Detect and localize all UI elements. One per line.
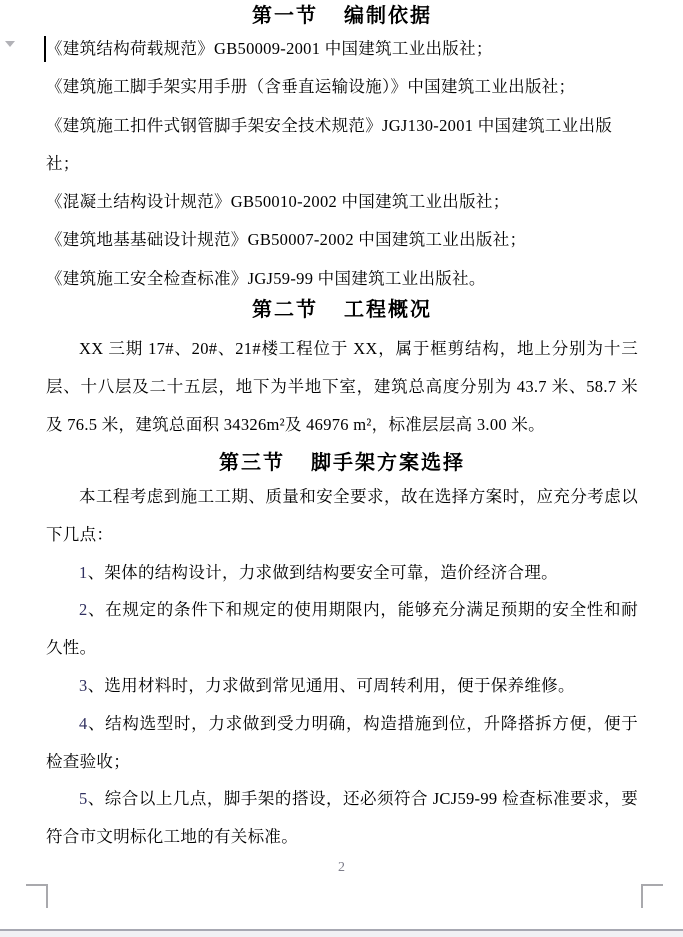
document-page[interactable]: 第一节 编制依据 《建筑结构荷载规范》GB50009-2001 中国建筑工业出版… [0, 0, 683, 937]
reference-item: 《混凝土结构设计规范》GB50010-2002 中国建筑工业出版社； [46, 183, 638, 221]
section-1-title: 编制依据 [344, 2, 432, 30]
section-3-title: 脚手架方案选择 [311, 449, 465, 477]
list-item: 3、选用材料时，力求做到常见通用、可周转利用，便于保养维修。 [46, 667, 638, 705]
section-1-label: 第一节 [252, 2, 318, 30]
page-number: 2 [0, 858, 683, 878]
list-item-number: 5 [79, 789, 88, 808]
section-1-heading: 第一节 编制依据 [46, 2, 638, 30]
list-item-number: 1 [79, 563, 88, 582]
reference-item: 《建筑施工脚手架实用手册（含垂直运输设施）》中国建筑工业出版社； [46, 68, 638, 106]
margin-corner-mark-left [26, 884, 48, 908]
reference-list: 《建筑结构荷载规范》GB50009-2001 中国建筑工业出版社； 《建筑施工脚… [46, 30, 638, 298]
list-item-text: 、在规定的条件下和规定的使用期限内，能够充分满足预期的安全性和耐久性。 [46, 600, 638, 657]
section-3-label: 第三节 [219, 449, 285, 477]
list-item: 2、在规定的条件下和规定的使用期限内，能够充分满足预期的安全性和耐久性。 [46, 591, 638, 667]
reference-item: 《建筑地基基础设计规范》GB50007-2002 中国建筑工业出版社； [46, 221, 638, 259]
margin-corner-mark-right [641, 884, 663, 908]
reference-item: 《建筑结构荷载规范》GB50009-2001 中国建筑工业出版社； [46, 30, 638, 68]
section-2-label: 第二节 [252, 296, 318, 324]
list-item-number: 3 [79, 676, 88, 695]
page-bottom-edge [0, 929, 683, 937]
list-item-text: 、架体的结构设计，力求做到结构要安全可靠，造价经济合理。 [88, 563, 558, 582]
reference-item: 《建筑施工扣件式钢管脚手架安全技术规范》JGJ130-2001 中国建筑工业出版… [46, 107, 638, 184]
section-3-heading: 第三节 脚手架方案选择 [46, 449, 638, 477]
reference-item: 《建筑施工安全检查标准》JGJ59-99 中国建筑工业出版社。 [46, 260, 638, 298]
section-2-heading: 第二节 工程概况 [46, 296, 638, 324]
list-item: 1、架体的结构设计，力求做到结构要安全可靠，造价经济合理。 [46, 554, 638, 592]
scheme-selection-intro: 本工程考虑到施工工期、质量和安全要求，故在选择方案时，应充分考虑以下几点： [46, 478, 638, 554]
scheme-selection-body: 本工程考虑到施工工期、质量和安全要求，故在选择方案时，应充分考虑以下几点： 1、… [46, 478, 638, 856]
list-item: 4、结构选型时，力求做到受力明确，构造措施到位，升降搭拆方便，便于检查验收； [46, 705, 638, 781]
list-item-text: 、综合以上几点，脚手架的搭设，还必须符合 JCJ59-99 检查标准要求，要符合… [46, 789, 638, 846]
list-item-text: 、选用材料时，力求做到常见通用、可周转利用，便于保养维修。 [88, 676, 575, 695]
list-item: 5、综合以上几点，脚手架的搭设，还必须符合 JCJ59-99 检查标准要求，要符… [46, 780, 638, 856]
project-overview-paragraph: XX 三期 17#、20#、21#楼工程位于 XX，属于框剪结构，地上分别为十三… [46, 330, 638, 443]
list-item-number: 2 [79, 600, 88, 619]
margin-marker-icon [5, 41, 15, 47]
list-item-number: 4 [79, 714, 88, 733]
list-item-text: 、结构选型时，力求做到受力明确，构造措施到位，升降搭拆方便，便于检查验收； [46, 714, 638, 771]
section-2-title: 工程概况 [344, 296, 432, 324]
